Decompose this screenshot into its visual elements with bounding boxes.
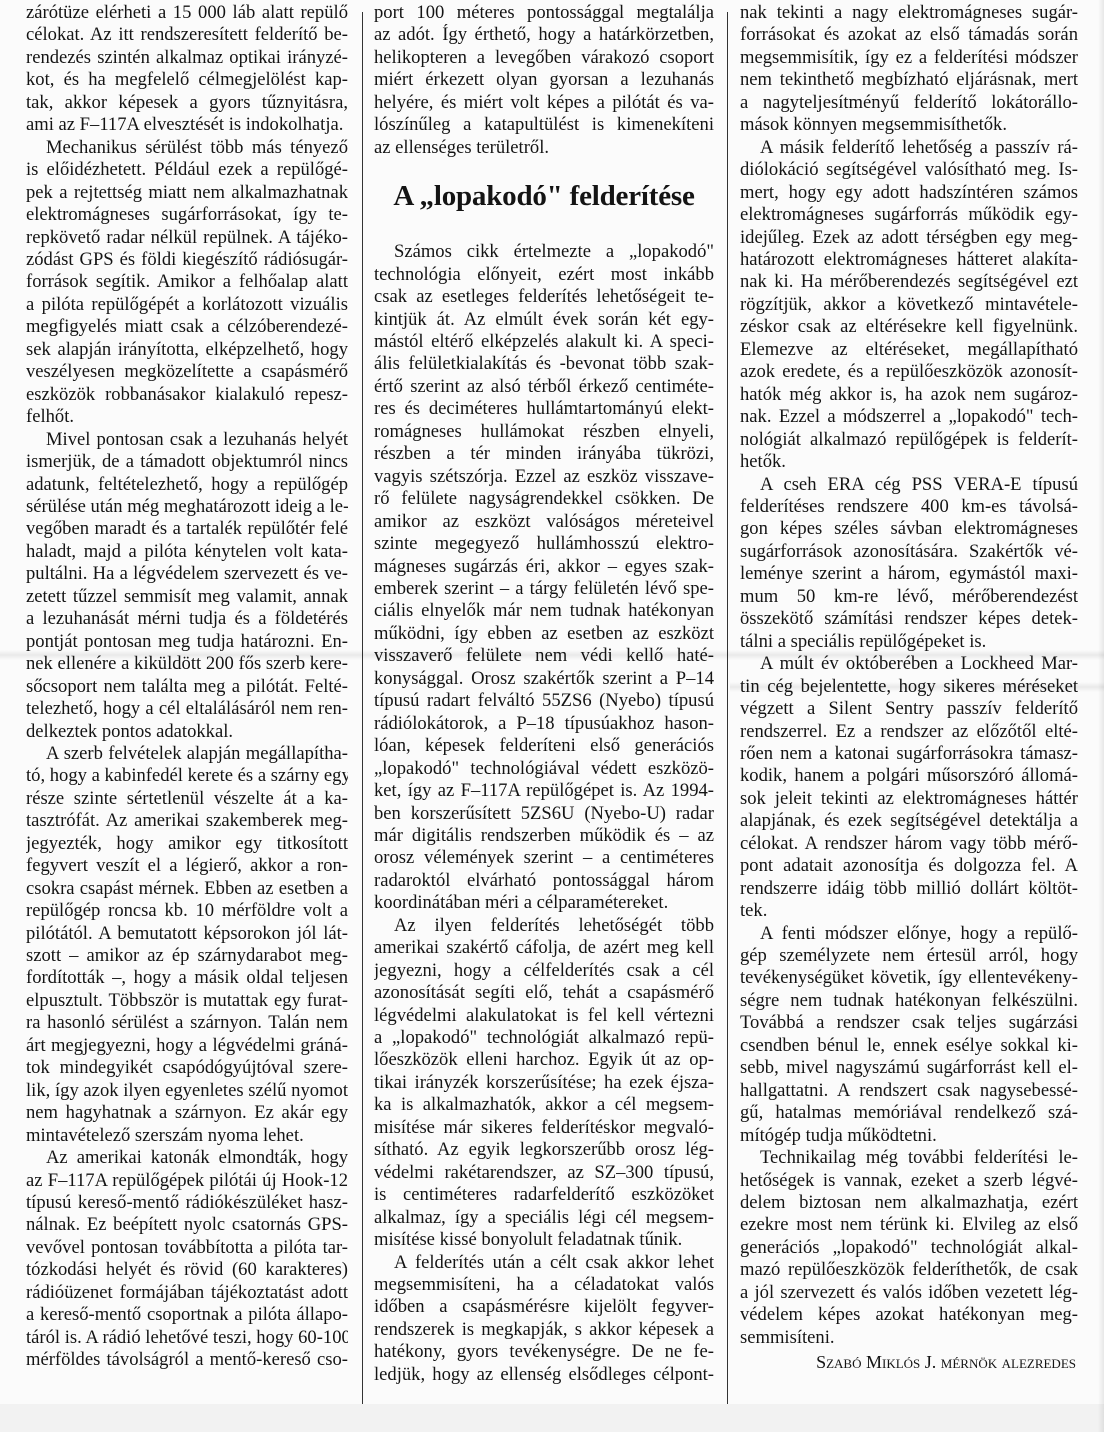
text-line: ális felületkialakítás és -bevonat több … (374, 353, 714, 375)
text-line: jegyezni, hogy a célfelderítés csak a cé… (374, 960, 714, 982)
text-line: technológia előnyeit, ezért most inkább (374, 264, 714, 286)
text-line: sérülése után még meghatározott ideig a … (26, 496, 348, 518)
text-line: koordinátában méri a célparamétereket. (374, 892, 714, 914)
page-edge-shadow (1098, 0, 1104, 1432)
text-line: Az amerikai katonák elmondták, hogy (26, 1147, 348, 1169)
article-column-2: port 100 méteres pontossággal megtalálja… (374, 2, 714, 1386)
text-line: kodik, hanem a polgári műsorszóró állomá… (740, 765, 1078, 787)
text-line: fordították –, hogy a másik oldal teljes… (26, 967, 348, 989)
text-line: is előidézhetett. Például ezek a repülőg… (26, 159, 348, 181)
text-line: radaroktól elvárható pontossággal három (374, 870, 714, 892)
text-line: adatunk, feltételezhető, hogy a repülőgé… (26, 474, 348, 496)
text-line: védelem képes azokat hatékonyan meg- (740, 1304, 1078, 1326)
text-line: kot, és ha megfelelő célmegjelölést kap- (26, 69, 348, 91)
text-line: jegyezték, hogy amikor egy titkosított (26, 833, 348, 855)
text-line: források segítik. Amikor a felhőalap ala… (26, 271, 348, 293)
text-line: forrásokat és azokat az első támadás sor… (740, 24, 1078, 46)
text-line: veszélyesen megközelítette a csapásmérő (26, 361, 348, 383)
text-line: a „lopakodó" technológiát alkalmazó repü… (374, 1027, 714, 1049)
text-line: kintjük át. Az elmúlt évek során két egy… (374, 309, 714, 331)
text-line: zetett tűzzel semmisít meg valamit, anna… (26, 586, 348, 608)
text-line: tek. (740, 900, 1078, 922)
text-line: védelmi rakétarendszer, az SZ–300 típusú… (374, 1162, 714, 1184)
text-line: „lopakodó" technológiával védett eszközö… (374, 758, 714, 780)
text-line: tin cég bejelentette, hogy sikeres mérés… (740, 676, 1078, 698)
text-line: is centiméteres radarfelderítő eszközöke… (374, 1184, 714, 1206)
text-line: az ellenséges területről. (374, 137, 714, 159)
text-line: ezekre most nem térünk ki. Elvileg az el… (740, 1214, 1078, 1236)
text-line: misítése kissé bonyolult feladatnak tűni… (374, 1229, 714, 1251)
text-line: megfigyelés miatt csak a célzóberendezé- (26, 316, 348, 338)
text-line: pilótától. A bemutatott képsorokon jól l… (26, 923, 348, 945)
text-line: emberek szerint – a tárgy felületén lévő… (374, 578, 714, 600)
text-line: pultálni. Ha a légvédelem szervezett és … (26, 563, 348, 585)
text-line: haladt, majd a pilóta kénytelen volt kat… (26, 541, 348, 563)
text-line: rögzítjük, akkor a következő mintavétele… (740, 294, 1078, 316)
text-line: Technikailag még további felderítési le- (740, 1147, 1078, 1169)
text-line: hetőségek is vannak, ezeket a szerb légv… (740, 1170, 1078, 1192)
text-line: nálnak. Ez beépített nyolc csatornás GPS… (26, 1214, 348, 1236)
article-column-1: zárótüze elérheti a 15 000 láb alatt rep… (26, 2, 348, 1372)
scanned-newspaper-page: zárótüze elérheti a 15 000 láb alatt rep… (0, 0, 1104, 1432)
text-line: vegőben maradt és a tartalék repülőtér f… (26, 518, 348, 540)
text-line: rő felülete nagyságrendekkel csökken. De (374, 488, 714, 510)
text-line: értő szerint az alsó térből érkező centi… (374, 376, 714, 398)
text-line: sőcsoport nem találta meg a pilótát. Fel… (26, 676, 348, 698)
text-line: ami az F–117A elvesztését is indokolhatj… (26, 114, 348, 136)
text-line: szott – amikor az ép szárnydarabot meg- (26, 945, 348, 967)
article-column-3: nak tekinti a nagy elektromágneses sugár… (740, 2, 1078, 1374)
text-line: diólokáció segítségével valósítható meg.… (740, 159, 1078, 181)
text-line: mum 50 km-re lévő, mérőberendezést (740, 586, 1078, 608)
text-line: ka is alkalmazhatók, akkor a cél megsem- (374, 1094, 714, 1116)
text-line: tózkodási helyét és rövid (60 karakteres… (26, 1259, 348, 1281)
text-line: azonosítását segíti elő, tehát a csapásm… (374, 982, 714, 1004)
text-line: rően nem a katonai sugárforrásokra támas… (740, 743, 1078, 765)
text-line: konysággal. Orosz szakértők szerint a P–… (374, 668, 714, 690)
text-line: felhőt. (26, 406, 348, 428)
text-line: rendszerre idáig több millió dollárt köl… (740, 878, 1078, 900)
text-line: repkövető radar nélkül repülnek. A tájék… (26, 227, 348, 249)
text-line: rádiólokátorok, a P–18 típusúakhoz hason… (374, 713, 714, 735)
text-line: gép személyzete nem értesül arról, hogy (740, 945, 1078, 967)
text-line: nem hagyhatnak a szárnyon. Ez akár egy (26, 1102, 348, 1124)
text-line: Elemezve az eltéréseket, megállapítható (740, 339, 1078, 361)
text-line: a lezuhanását mérni tudja és a földetéré… (26, 608, 348, 630)
text-line: zéskor csak az eltérésekre kell figyelnü… (740, 316, 1078, 338)
text-line: vagyis szétszórja. Ezzel az eszköz vissz… (374, 466, 714, 488)
text-line: a pilóta repülőgépét a korlátozott vizuá… (26, 294, 348, 316)
text-line: mert, hogy egy adott hadszíntéren számos (740, 182, 1078, 204)
text-line: végzett a Silent Sentry passzív felderít… (740, 698, 1078, 720)
text-line: az F–117A repülőgépek pilótái új Hook-12 (26, 1170, 348, 1192)
text-line: helyére, és miért volt képes a pilótát é… (374, 92, 714, 114)
page-bottom-margin (0, 1404, 1104, 1432)
text-line: ledjük, hogy az ellenség elsődleges célp… (374, 1364, 714, 1386)
text-line: már digitális rendszerben működik és – a… (374, 825, 714, 847)
text-line: Számos cikk értelmezte a „lopakodó" (374, 241, 714, 263)
text-line: mintavételező szerszám nyoma lehet. (26, 1125, 348, 1147)
text-line: felderítéses rendszere 400 km-es távolsá… (740, 496, 1078, 518)
text-line: hatók még akkor is, ha azok nem sugároz- (740, 384, 1078, 406)
text-line: port 100 méteres pontossággal megtalálja (374, 2, 714, 24)
text-line: amerikai szakértő cáfolja, de azért meg … (374, 937, 714, 959)
text-line: része szinte sértetlenül vészelte át a k… (26, 788, 348, 810)
text-line: nek ellenére a kiküldött 200 fős szerb k… (26, 653, 348, 675)
text-line: amikor az eszközt valóságos méreteivel (374, 511, 714, 533)
text-line: sítható. Az egyik legkorszerűbb orosz lé… (374, 1139, 714, 1161)
text-line: idejűleg. Ezek az adott térségben egy me… (740, 227, 1078, 249)
text-line: azok eredete, és a repülőeszközök azonos… (740, 361, 1078, 383)
text-line: sok jeleit tekinti az elektromágneses há… (740, 788, 1078, 810)
text-line: romágneses hullámokat részben elnyeli, (374, 421, 714, 443)
text-line: A felderítés után a célt csak akkor lehe… (374, 1252, 714, 1274)
text-line: Mivel pontosan csak a lezuhanás helyét (26, 429, 348, 451)
text-line: célokat. A rendszer három vagy több mérő… (740, 833, 1078, 855)
text-line: nak tekinti a nagy elektromágneses sugár… (740, 2, 1078, 24)
text-line: A múlt év októberében a Lockheed Mar- (740, 653, 1078, 675)
text-line: az adót. Így érthető, hogy a határkörzet… (374, 24, 714, 46)
text-line: rendszerek is megkapják, s akkor képesek… (374, 1319, 714, 1341)
text-line: szinte megegyező hullámhosszú elektro- (374, 533, 714, 555)
text-line: határozott elektromágneses hátteret alak… (740, 249, 1078, 271)
text-line: rádióüzenet formájában tájékoztatást ado… (26, 1282, 348, 1304)
text-line: ciális elnyelők már nem tudnak hatékonya… (374, 600, 714, 622)
text-line: nak. Ezzel a módszerrel a „lopakodó" tec… (740, 406, 1078, 428)
column-divider (362, 12, 363, 1412)
text-line: telezhető, hogy a cél eltalálásáról nem … (26, 698, 348, 720)
text-line: tikai irányzék korszerűsítése; ha ezek é… (374, 1072, 714, 1094)
text-line: hetők. (740, 451, 1078, 473)
text-line: helikopteren a levegőben várakozó csopor… (374, 47, 714, 69)
text-line: miért érkezett olyan gyorsan a lezuhanás (374, 69, 714, 91)
text-line: részben a tér minden irányába tükrözi, (374, 443, 714, 465)
text-line: nem tekinthető megbízható eljárásnak, me… (740, 69, 1078, 91)
text-line: hallgattatni. A rendszert csak nagysebes… (740, 1080, 1078, 1102)
text-line: mástól eltérő elképzelés alakult ki. A s… (374, 331, 714, 353)
text-line: összekötő számítási rendszer képes detek… (740, 608, 1078, 630)
text-line: célokat. Az itt rendszeresített felderít… (26, 24, 348, 46)
text-line: res és deciméteres hullámtartományú elek… (374, 398, 714, 420)
text-line: A szerb felvételek alapján megállapítha- (26, 743, 348, 765)
column-3-body-text: nak tekinti a nagy elektromágneses sugár… (740, 2, 1078, 1349)
text-line: táról is. A rádió lehetővé teszi, hogy 6… (26, 1327, 348, 1349)
text-line: rendezés szintén alkalmaz optikai irányz… (26, 47, 348, 69)
text-line: típusú radart felváltó 55ZS6 (Nyebo) típ… (374, 690, 714, 712)
text-line: misítése már sikeres felderítéskor megva… (374, 1117, 714, 1139)
text-line: tevékenységüket követik, így ellentevéke… (740, 967, 1078, 989)
text-line: orosz vélemények szerint – a centimétere… (374, 847, 714, 869)
text-line: mazó repülőeszközök felderíthetők, de cs… (740, 1259, 1078, 1281)
text-line: gon képes széles sávban elektromágneses (740, 518, 1078, 540)
text-line: delkeztek pontos adatokkal. (26, 721, 348, 743)
text-line: típusú kereső-mentő rádiókészüléket hasz… (26, 1192, 348, 1214)
text-line: ket, így az F–117A repülőgépet is. Az 19… (374, 780, 714, 802)
text-line: leménye szerint a három, egymástól maxi- (740, 563, 1078, 585)
text-line: csokra csapást mérnek. Ebben az esetben … (26, 878, 348, 900)
text-line: eszközök robbanásakor kialakuló repesz- (26, 384, 348, 406)
text-line: ben korszerűsített 5ZS6U (Nyebo-U) radar (374, 803, 714, 825)
text-line: elpusztult. Többször is mutattak egy fur… (26, 990, 348, 1012)
text-line: Az ilyen felderítés lehetőségét több (374, 915, 714, 937)
text-line: működni, így ebben az esetben az eszközt (374, 623, 714, 645)
text-line: mérföldes távolságról a mentő-kereső cso… (26, 1349, 348, 1371)
text-line: tó, hogy a kabinfedél kerete és a szárny… (26, 765, 348, 787)
section-heading: A „lopakodó" felderítése (374, 179, 714, 213)
text-line: elektromágneses sugárforrásokat, így te- (26, 204, 348, 226)
text-line: ra hasonló sérülést a szárnyon. Talán ne… (26, 1012, 348, 1034)
text-line: A másik felderítő lehetőség a passzív rá… (740, 137, 1078, 159)
text-line: a kereső-mentő csoportnak a pilóta állap… (26, 1304, 348, 1326)
text-line: generációs „lopakodó" technológiát alkal… (740, 1237, 1078, 1259)
text-line: mágneses sugárzás éri, akkor – egyes sza… (374, 556, 714, 578)
text-line: lőeszközök elleni harchoz. Egyik út az o… (374, 1049, 714, 1071)
text-line: gű, hatalmas memóriával rendelkező szá- (740, 1102, 1078, 1124)
text-line: elektromágneses sugárforrás működik egy- (740, 204, 1078, 226)
column-divider (727, 12, 728, 1407)
text-line: ismerjük, de a támadott objektumról ninc… (26, 451, 348, 473)
text-line: megsemmisíteni, ha a céladatokat valós (374, 1274, 714, 1296)
text-line: A fenti módszer előnye, hogy a repülő- (740, 923, 1078, 945)
text-line: mítógép tudja működtetni. (740, 1125, 1078, 1147)
text-line: semmisíteni. (740, 1327, 1078, 1349)
text-line: időben a csapásmérésre kijelölt fegyver- (374, 1296, 714, 1318)
text-line: Mechanikus sérülést több más tényező (26, 137, 348, 159)
text-line: csendben bénul le, ennek esélye sokkal k… (740, 1035, 1078, 1057)
text-line: légvédelmi alakulatokat is fel kell vért… (374, 1005, 714, 1027)
text-line: pont adatait azonosítja és dolgozza fel.… (740, 855, 1078, 877)
text-line: delem biztosan nem alkalmazhatja, ezért (740, 1192, 1078, 1214)
text-line: alkalmaz, így a speciális légi cél megse… (374, 1207, 714, 1229)
text-line: pontját pontosan meg tudja határozni. En… (26, 631, 348, 653)
text-line: fegyvert veszít el a légierő, akkor a ro… (26, 855, 348, 877)
text-line: lóan, képesek felderíteni első generáció… (374, 735, 714, 757)
text-line: sebb, mivel nagyszámú sugárforrást kell … (740, 1057, 1078, 1079)
text-line: lószínűleg a katapultülést is kimenekíte… (374, 114, 714, 136)
text-line: vevővel pontosan továbbította a pilóta t… (26, 1237, 348, 1259)
text-line: zárótüze elérheti a 15 000 láb alatt rep… (26, 2, 348, 24)
text-line: megsemmisítik, így ez a felderítési móds… (740, 47, 1078, 69)
text-line: Továbbá a rendszer csak teljes sugárzási (740, 1012, 1078, 1034)
text-line: lik, így azok ilyen egyenletes szélű nyo… (26, 1080, 348, 1102)
text-line: tasztrófát. Az amerikai szakemberek meg- (26, 810, 348, 832)
text-line: tak, akkor képesek a gyors tűznyitásra, (26, 92, 348, 114)
text-line: a nagyteljesítményű felderítő lokátoráll… (740, 92, 1078, 114)
column-2-top-text: port 100 méteres pontossággal megtalálja… (374, 2, 714, 159)
text-line: zódást GPS és földi kiegészítő rádiósugá… (26, 249, 348, 271)
text-line: rendszerrel. Ez a rendszer az előzőtől e… (740, 721, 1078, 743)
author-signature: Szabó Miklós J. mérnök alezredes (740, 1351, 1078, 1373)
text-line: sek alapján irányította, elképzelhető, h… (26, 339, 348, 361)
text-line: árt megjegyezni, hogy a légvédelmi gráná… (26, 1035, 348, 1057)
text-line: A cseh ERA cég PSS VERA-E típusú (740, 474, 1078, 496)
text-line: repülőgép roncsa kb. 10 mérföldre volt a (26, 900, 348, 922)
column-2-body-text: Számos cikk értelmezte a „lopakodó"techn… (374, 241, 714, 1386)
text-line: tok mindegyikét csapódógyújtóval szere- (26, 1057, 348, 1079)
text-line: pek a rejtettség miatt nem alkalmazhatna… (26, 182, 348, 204)
text-line: nológiát alkalmazó repülőgépek is felder… (740, 429, 1078, 451)
text-line: visszaverő felülete nem védi kellő haté- (374, 645, 714, 667)
text-line: alapjának, és ezek segítségével detektál… (740, 810, 1078, 832)
text-line: ségre nem tudnak hatékonyan felkészülni. (740, 990, 1078, 1012)
text-line: a jól szervezett és valós időben vezetet… (740, 1282, 1078, 1304)
text-line: mások könnyen megsemmisíthetők. (740, 114, 1078, 136)
text-line: tálni a speciális repülőgépeket is. (740, 631, 1078, 653)
text-line: csak az esetleges felderítés lehetőségei… (374, 286, 714, 308)
text-line: sugárforrások azonosítására. Szakértők v… (740, 541, 1078, 563)
text-line: hatékony, gyors tevékenységre. De ne fe- (374, 1341, 714, 1363)
text-line: nak ki. Ha mérőberendezés segítségével e… (740, 271, 1078, 293)
